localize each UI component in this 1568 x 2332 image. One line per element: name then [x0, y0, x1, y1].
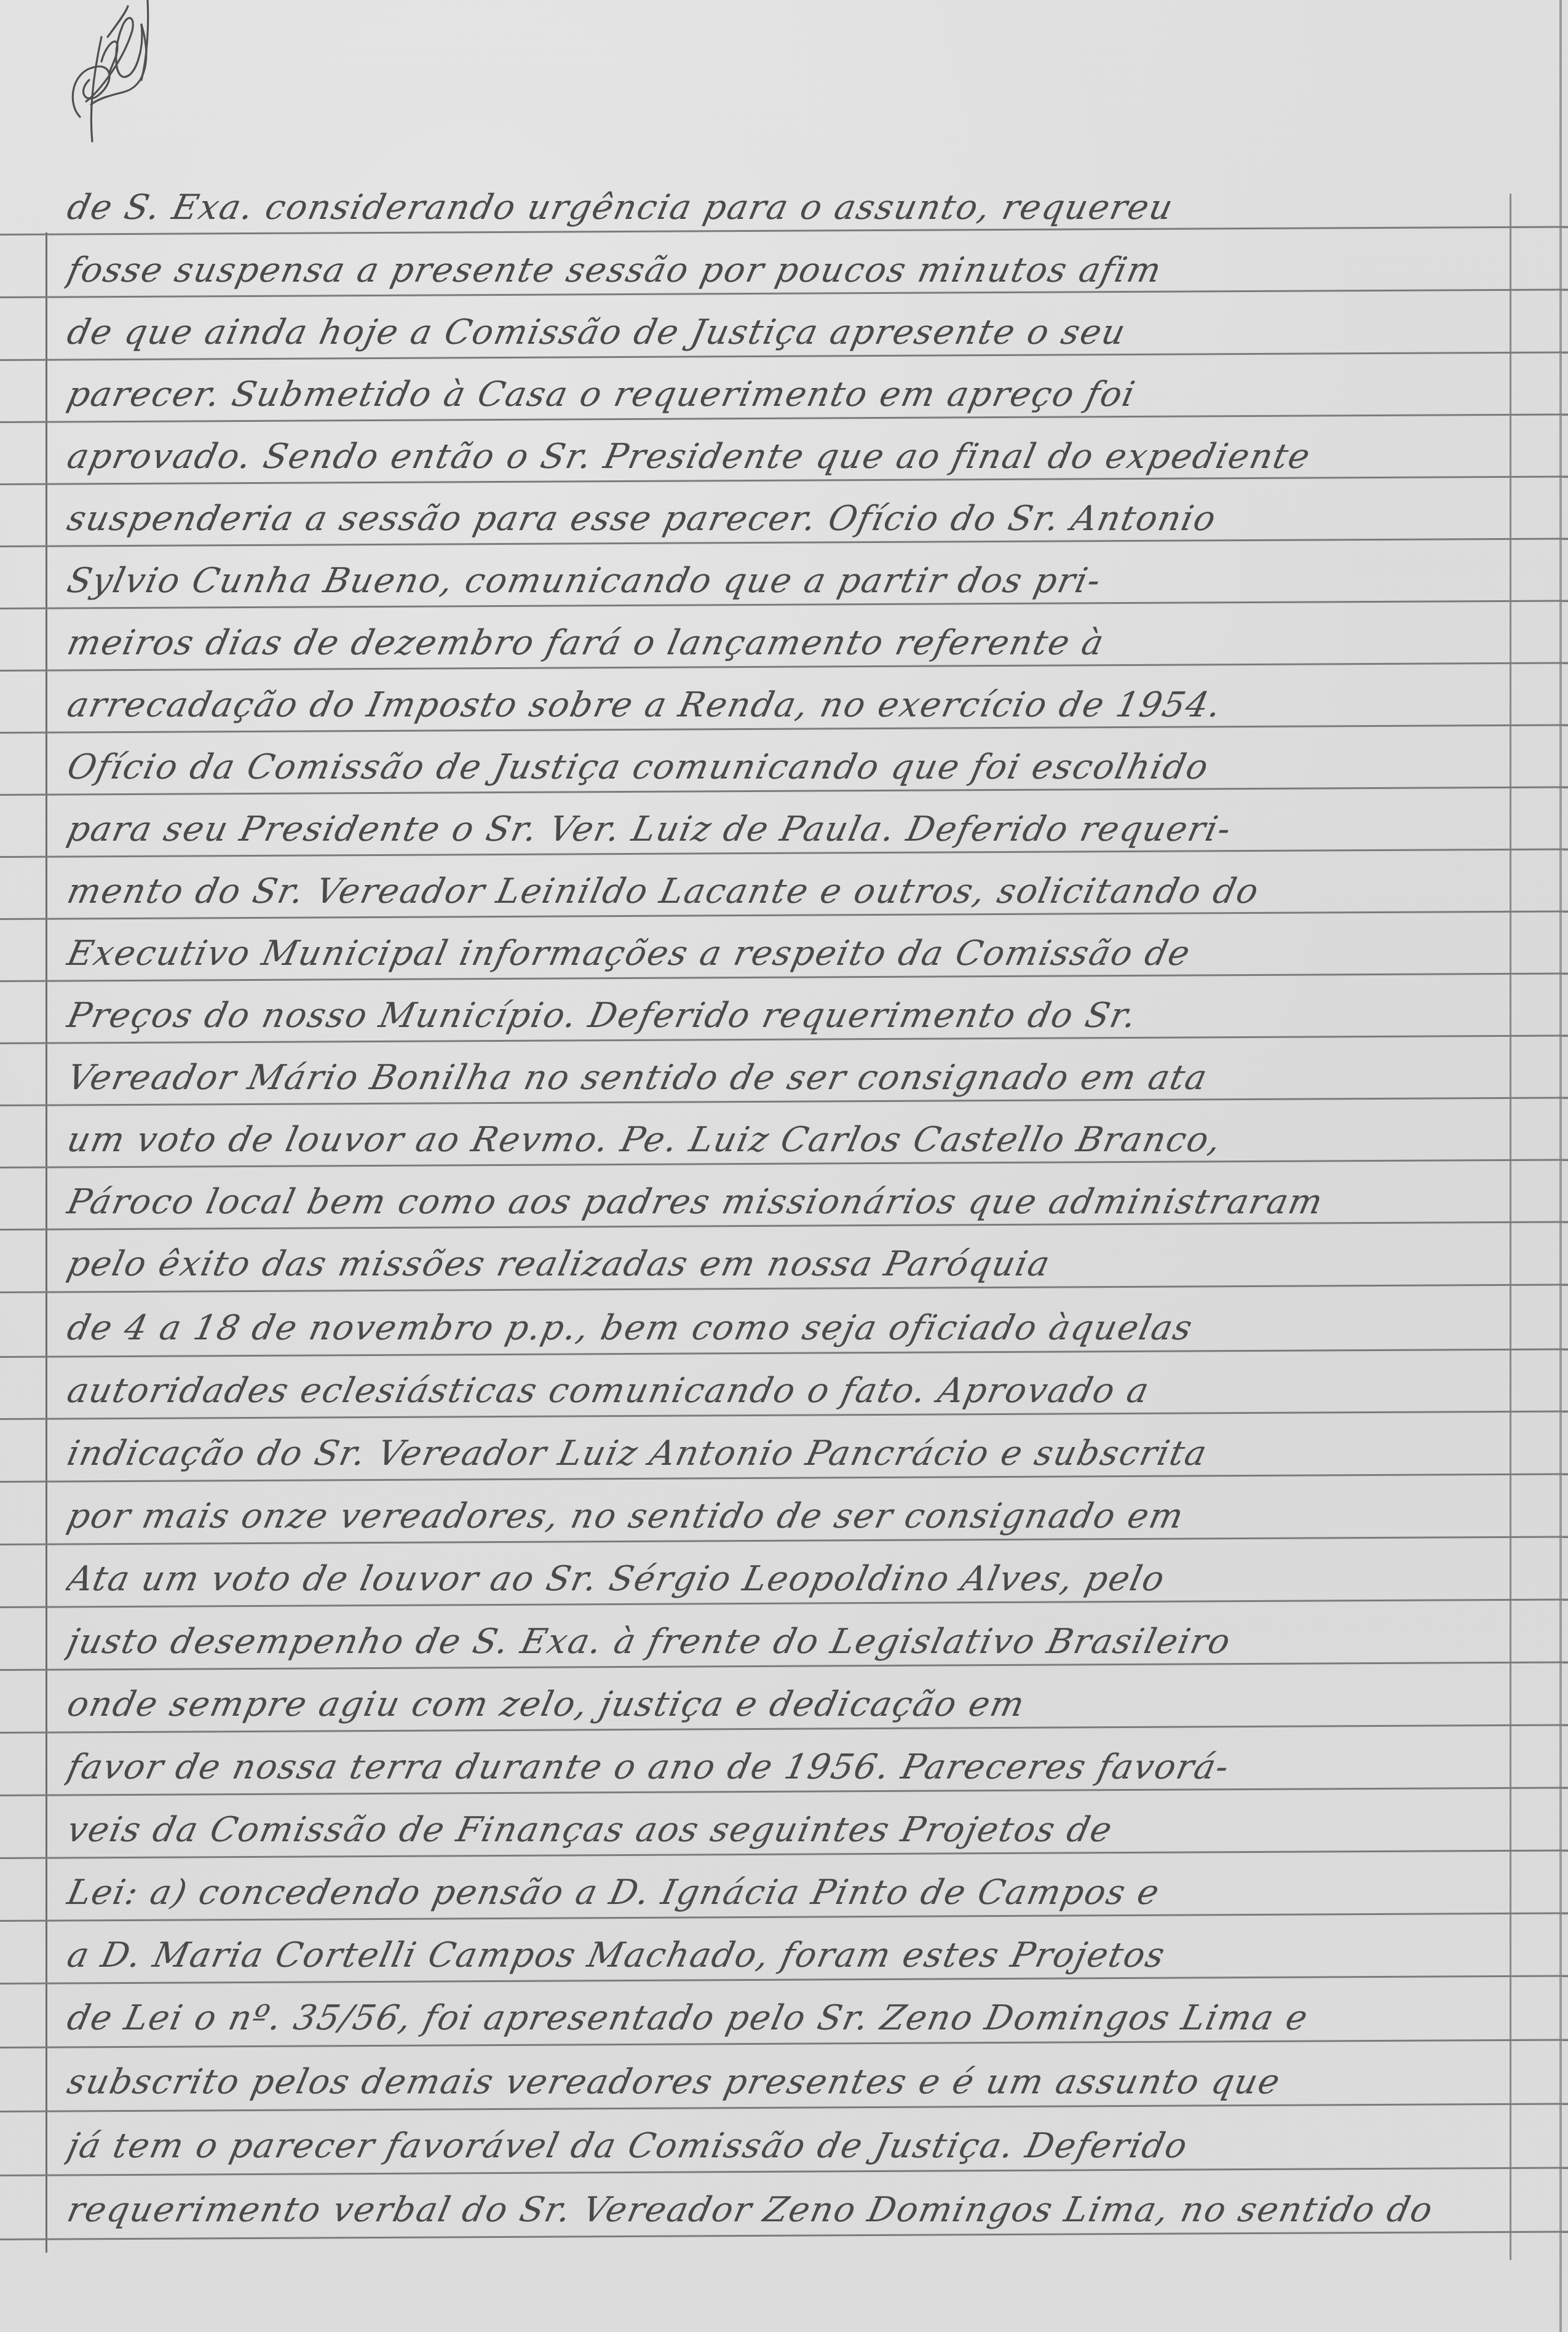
- text-line: Lei: a) concedendo pensão a D. Ignácia P…: [61, 1863, 1513, 1922]
- text-line: mento do Sr. Vereador Leinildo Lacante e…: [61, 862, 1513, 921]
- text-line: requerimento verbal do Sr. Vereador Zeno…: [61, 2181, 1513, 2240]
- text-line: autoridades eclesiásticas comunicando o …: [61, 1362, 1513, 1421]
- text-line: a D. Maria Cortelli Campos Machado, fora…: [61, 1926, 1513, 1985]
- text-line: parecer. Submetido à Casa o requerimento…: [61, 365, 1513, 424]
- text-line: onde sempre agiu com zelo, justiça e ded…: [61, 1675, 1513, 1734]
- text-line: favor de nossa terra durante o ano de 19…: [61, 1738, 1513, 1797]
- text-line: indicação do Sr. Vereador Luiz Antonio P…: [61, 1424, 1513, 1483]
- text-line: Pároco local bem como aos padres mission…: [61, 1173, 1513, 1232]
- text-line: justo desempenho de S. Exa. à frente do …: [61, 1612, 1513, 1672]
- text-line: Ofício da Comissão de Justiça comunicand…: [61, 738, 1513, 797]
- text-line: por mais onze vereadores, no sentido de …: [61, 1487, 1513, 1546]
- text-line: de S. Exa. considerando urgência para o …: [61, 178, 1513, 237]
- text-line: suspenderia a sessão para esse parecer. …: [61, 490, 1513, 549]
- text-line: Sylvio Cunha Bueno, comunicando que a pa…: [61, 552, 1513, 611]
- left-margin-line: [46, 232, 47, 2253]
- text-line: subscrito pelos demais vereadores presen…: [61, 2053, 1513, 2112]
- text-line: para seu Presidente o Sr. Ver. Luiz de P…: [61, 800, 1513, 859]
- text-line: arrecadação do Imposto sobre a Renda, no…: [61, 676, 1513, 735]
- text-line: um voto de louvor ao Revmo. Pe. Luiz Car…: [61, 1111, 1513, 1170]
- text-line: Preços do nosso Município. Deferido requ…: [61, 986, 1513, 1045]
- signature-flourish-icon: [55, 0, 160, 148]
- text-line: Executivo Municipal informações a respei…: [61, 924, 1513, 983]
- document-page: de S. Exa. considerando urgência para o …: [0, 0, 1568, 2332]
- text-line: pelo êxito das missões realizadas em nos…: [61, 1235, 1513, 1294]
- text-line: Ata um voto de louvor ao Sr. Sérgio Leop…: [61, 1550, 1513, 1609]
- text-line: Vereador Mário Bonilha no sentido de ser…: [61, 1049, 1513, 1108]
- text-line: de 4 a 18 de novembro p.p., bem como sej…: [61, 1299, 1513, 1358]
- text-line: de que ainda hoje a Comissão de Justiça …: [61, 303, 1513, 362]
- text-line: veis da Comissão de Finanças aos seguint…: [61, 1801, 1513, 1860]
- text-line: de Lei o nº. 35/56, foi apresentado pelo…: [61, 1989, 1513, 2048]
- page-edge: [1559, 0, 1562, 2332]
- text-line: aprovado. Sendo então o Sr. Presidente q…: [61, 427, 1513, 486]
- text-line: meiros dias de dezembro fará o lançament…: [61, 614, 1513, 673]
- text-line: fosse suspensa a presente sessão por pou…: [61, 241, 1513, 300]
- text-line: já tem o parecer favorável da Comissão d…: [61, 2117, 1513, 2176]
